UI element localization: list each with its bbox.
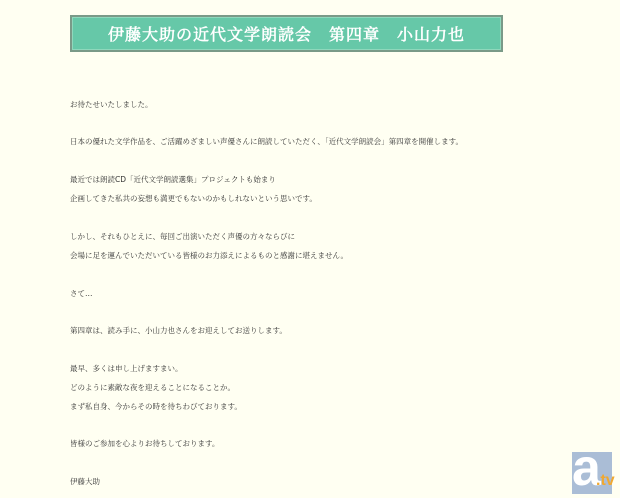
- atv-watermark-logo: a .tv: [572, 452, 617, 496]
- body-line: 皆様のご参加を心よりお待ちしております。: [70, 439, 219, 448]
- body-line: お待たせいたしました。: [70, 100, 153, 109]
- body-line: 日本の優れた文学作品を、ご活躍めざましい声優さんに朗読していただく、「近代文学朗…: [70, 137, 463, 146]
- body-line: 会場に足を運んでいただいている皆様のお力添えによるものと感謝に堪えません。: [70, 251, 348, 260]
- title-banner: 伊藤大助の近代文学朗読会 第四章 小山力也: [70, 15, 503, 52]
- page-title: 伊藤大助の近代文学朗読会 第四章 小山力也: [108, 22, 465, 45]
- body-line: さて…: [70, 289, 93, 298]
- body-line: 第四章は、読み手に、小山力也さんをお迎えしてお送りします。: [70, 326, 287, 335]
- signature: 伊藤大助: [70, 477, 100, 486]
- body-line: どのように素敵な夜を迎えることになることか。: [70, 383, 235, 392]
- body-line: まず私自身、今からその時を待ちわびております。: [70, 402, 242, 411]
- body-line: 最早、多くは申し上げますまい。: [70, 364, 183, 373]
- body-line: 最近では朗読CD「近代文学朗読選集」プロジェクトも始まり: [70, 175, 276, 184]
- body-line: しかし、それもひとえに、毎回ご出演いただく声優の方々ならびに: [70, 232, 295, 241]
- logo-suffix: .tv: [596, 472, 615, 490]
- body-line: 企画してきた私共の妄想も満更でもないのかもしれないという思いです。: [70, 194, 317, 203]
